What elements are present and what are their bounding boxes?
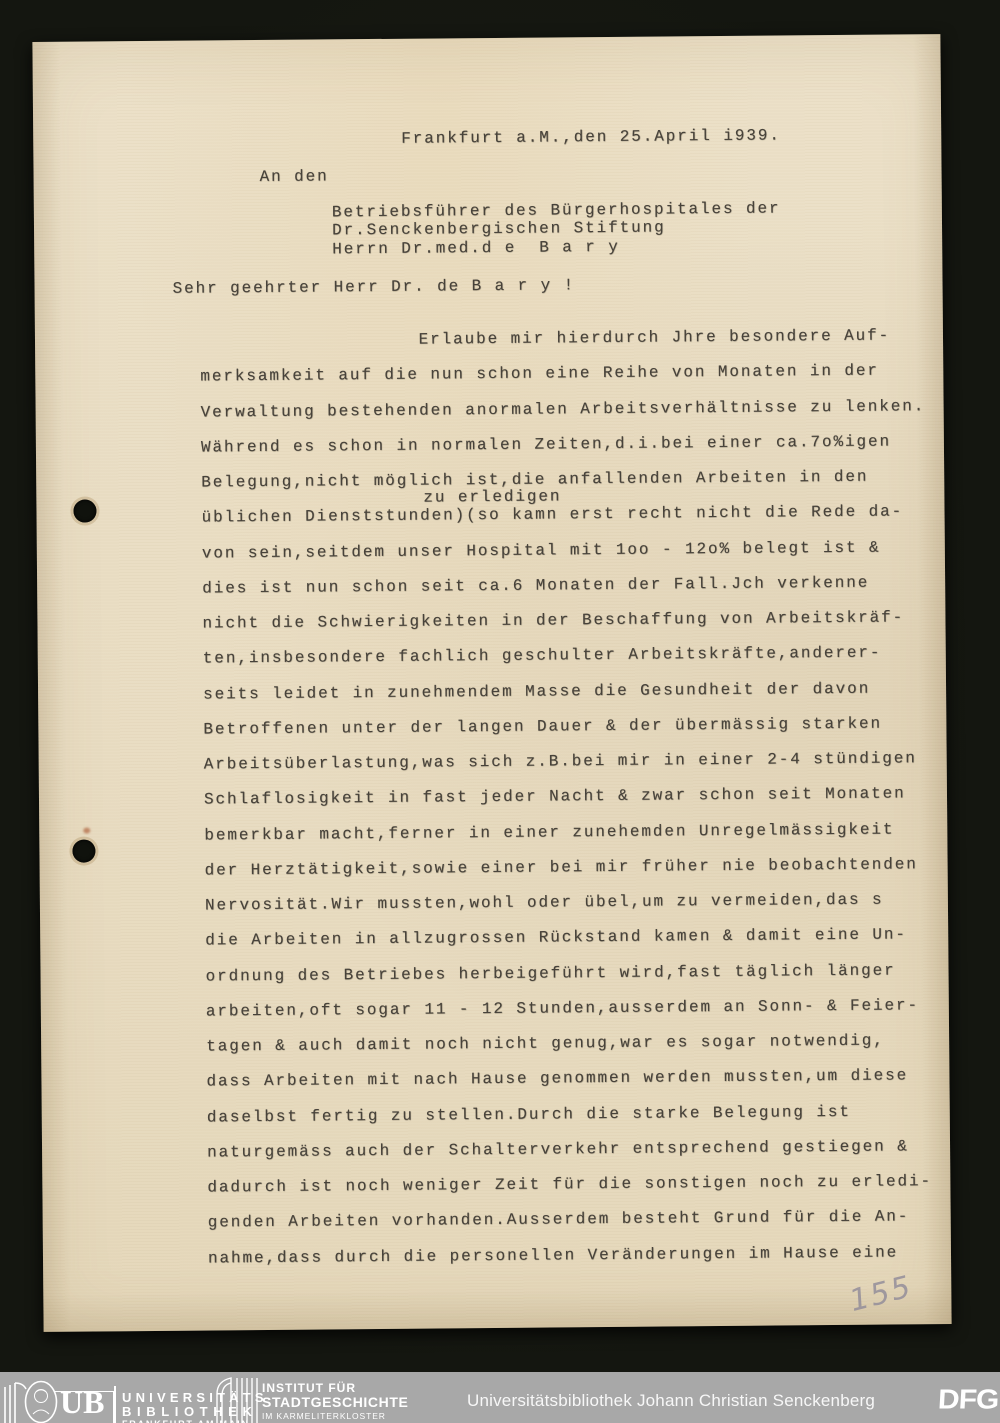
rust-smudge: [83, 828, 90, 834]
ub-abbr: UB: [60, 1386, 104, 1418]
letter-recipient-address: Betriebsführer des Bürgerhospitales derD…: [332, 199, 781, 258]
punch-hole-top-icon: [73, 499, 96, 522]
letter-line: Verwaltung bestehenden anormalen Arbeits…: [200, 389, 925, 431]
letter-line: ordnung des Betriebes herbeigeführt wird…: [205, 953, 930, 995]
ifs-logo-text: INSTITUT FÜR STADTGESCHICHTE IM KARMELIT…: [262, 1382, 408, 1423]
dfg-logo: DFG: [937, 1384, 999, 1415]
letter-line: Schlaflosigkeit in fast jeder Nacht & zw…: [204, 776, 929, 818]
library-name: Universitätsbibliothek Johann Christian …: [467, 1391, 875, 1411]
ub-divider: [114, 1386, 116, 1423]
letter-line: merksamkeit auf die nun schon eine Reihe…: [200, 353, 925, 395]
letter-line: dass Arbeiten mit nach Hause genommen we…: [206, 1058, 931, 1100]
letter-line: genden Arbeiten vorhanden.Ausserdem best…: [208, 1199, 933, 1241]
letter-line: nahme,dass durch die personellen Verände…: [208, 1235, 933, 1277]
footer-bar: UB UNIVERSITÄTS BIBLIOTHEK FRANKFURT AM …: [0, 1372, 1000, 1423]
goethe-portrait-icon: [23, 1380, 59, 1423]
document-page: Frankfurt a.M.,den 25.April i939. An den…: [32, 34, 951, 1332]
letter-line: die Arbeiten in allzugrossen Rückstand k…: [205, 917, 930, 959]
handwritten-page-number: 155: [846, 1269, 916, 1319]
gothic-arch-icon: [215, 1376, 259, 1423]
letter-line: von sein,seitdem unser Hospital mit 1oo …: [202, 530, 927, 572]
letter-line: ten,insbesondere fachlich geschulter Arb…: [203, 635, 928, 677]
letter-line: daselbst fertig zu stellen.Durch die sta…: [207, 1094, 932, 1136]
letter-line: bemerkbar macht,ferner in einer zunehemd…: [204, 812, 929, 854]
letter-line: üblichen Dienststunden)(so kamn erst rec…: [201, 494, 926, 536]
letter-body: Erlaube mir hierdurch Jhre besondere Auf…: [200, 318, 933, 1276]
letter-recipient-intro: An den: [259, 166, 328, 187]
letter-line: seits leidet in zunehmendem Masse die Ge…: [203, 671, 928, 713]
letter-date: Frankfurt a.M.,den 25.April i939.: [401, 125, 781, 148]
letter-greeting: Sehr geehrter Herr Dr. de B a r y !: [172, 275, 575, 299]
scan-background: Frankfurt a.M.,den 25.April i939. An den…: [0, 0, 1000, 1423]
recipient-line: Herrn Dr.med.d e B a r y: [332, 236, 781, 258]
punch-hole-bottom-icon: [72, 839, 95, 862]
ifs-text-line: STADTGESCHICHTE: [262, 1395, 408, 1410]
